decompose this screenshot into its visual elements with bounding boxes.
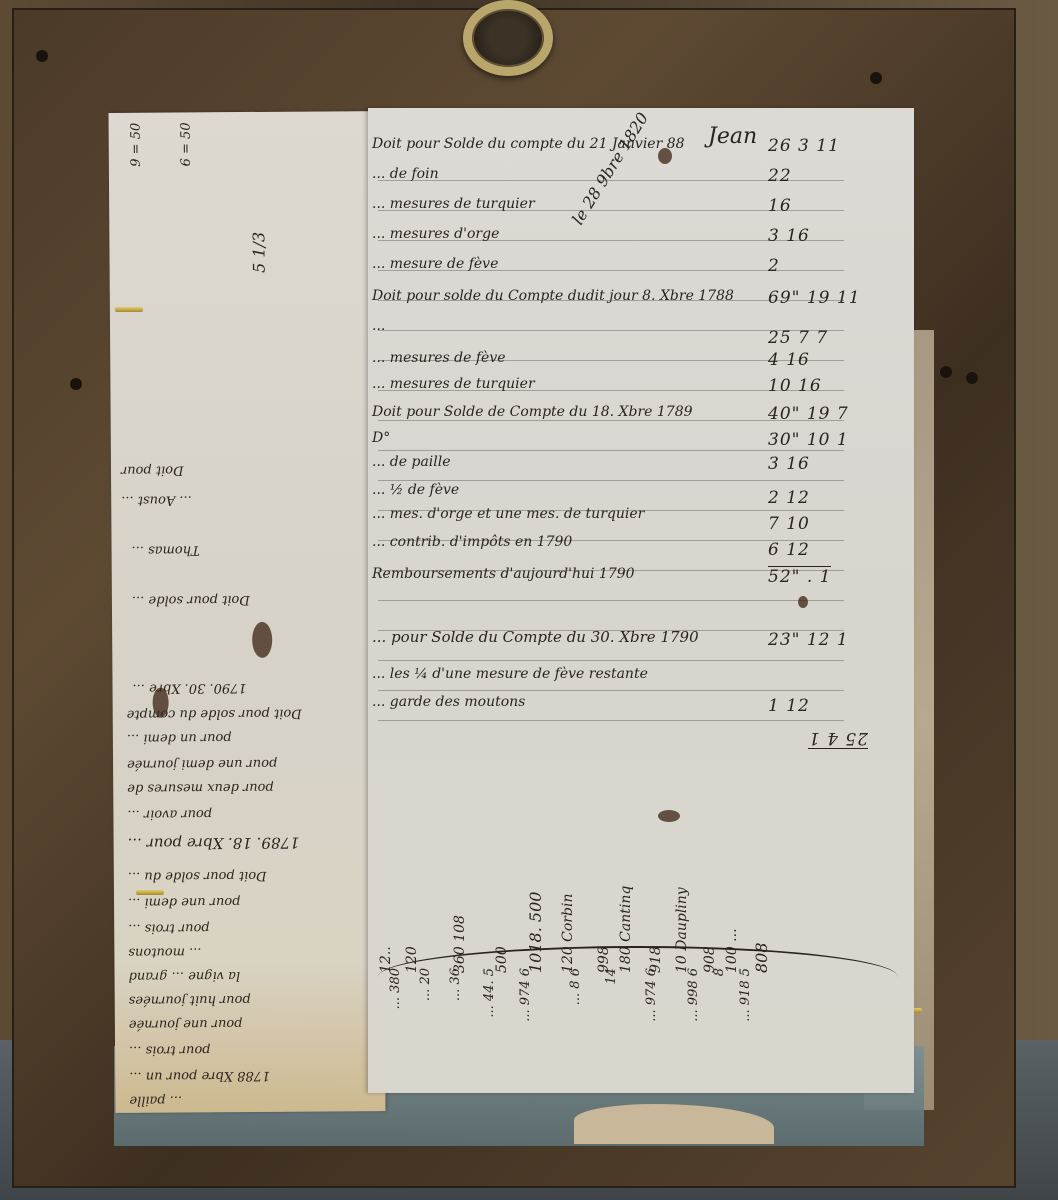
- ledger-entry: ... de paille: [372, 454, 451, 470]
- ink-blot: [658, 148, 672, 164]
- nail-hole: [966, 372, 978, 384]
- ink-blot: [252, 622, 272, 658]
- upside-down-line: ... paille: [129, 1092, 182, 1107]
- ledger-entry: ... mesures d'orge: [372, 226, 499, 242]
- ledger-entry: ... mesures de fève: [372, 350, 506, 366]
- upside-down-line: la vigne ... grand: [128, 968, 240, 984]
- hanging-ring-icon: [463, 0, 553, 76]
- ledger-amount: 23" 12 1: [768, 630, 849, 650]
- ledger-amount: 4 16: [768, 350, 810, 370]
- ledger-entry: ... de foin: [372, 166, 439, 182]
- upside-down-line: ... Aoust ...: [121, 492, 192, 507]
- nail-hole: [870, 72, 882, 84]
- ledger-amount: 2 12: [768, 488, 810, 508]
- ledger-entry: Remboursements d'aujourd'hui 1790: [372, 566, 635, 582]
- ledger-amount: 2: [768, 256, 780, 276]
- upside-down-line: pour une demi journée: [127, 756, 277, 772]
- ledger-subtotal: 52" . 1: [768, 566, 831, 587]
- vertical-calc: 12..: [378, 838, 394, 973]
- ink-blot: [153, 688, 169, 718]
- upside-down-line: pour une journée: [129, 1016, 243, 1032]
- brass-pin: [136, 890, 164, 895]
- ledger-entry: ... mesure de fève: [372, 256, 498, 272]
- ledger-entry: ... contrib. d'impôts en 1790: [372, 534, 572, 550]
- ledger-entry: Doit pour solde du Compte dudit jour 8. …: [372, 288, 734, 304]
- nail-hole: [940, 366, 952, 378]
- ledger-amount: 7 10: [768, 514, 810, 534]
- ledger-amount: 69" 19 11: [768, 288, 861, 308]
- vertical-calc: 100 ...: [724, 798, 740, 973]
- nail-hole: [70, 378, 82, 390]
- ledger-entry: ... pour Solde du Compte du 30. Xbre 179…: [372, 628, 699, 646]
- ledger-entry: Doit pour Solde du compte du 21 Janvier …: [372, 136, 685, 152]
- nail-hole: [36, 50, 48, 62]
- ledger-amount: 1 12: [768, 696, 810, 716]
- ledger-entry: ... ½ de fève: [372, 482, 459, 498]
- ledger-total: 25 4 1: [808, 728, 868, 749]
- ledger-amount: 10 16: [768, 376, 822, 396]
- ledger-entry: ...: [372, 318, 385, 334]
- left-ledger-sheet: 9 = 50 6 = 50 5 1/3 Doit pour ... Aoust …: [109, 111, 386, 1113]
- ledger-entry: ... garde des moutons: [372, 694, 525, 710]
- upside-down-line: 1789. 18. Xbre pour ...: [128, 834, 300, 853]
- upside-down-line: Thomas ...: [132, 542, 200, 557]
- ledger-amount: 3 16: [768, 226, 810, 246]
- ledger-amount: 25 7 7: [768, 328, 828, 348]
- ledger-amount: 40" 19 7: [768, 404, 849, 424]
- ledger-amount: 3 16: [768, 454, 810, 474]
- upside-down-line: pour huit journées: [129, 992, 251, 1008]
- upside-down-line: pour trois ...: [129, 1042, 211, 1058]
- main-ledger-sheet: Jean le 28 9bre 1820 Doit pour Solde du …: [368, 108, 914, 1093]
- lower-calc: 8: [712, 968, 727, 976]
- upside-down-line: Doit pour: [121, 462, 184, 477]
- upside-down-line: 1790. 30. Xbre ...: [132, 680, 246, 696]
- ledger-amount: 26 3 11: [768, 136, 840, 156]
- lower-calc: ... 918 5: [738, 968, 753, 1022]
- lower-calc: ... 974 6: [644, 968, 659, 1022]
- lower-calc: ... 974 6: [518, 968, 533, 1022]
- left-tally: 5 1/3: [249, 232, 268, 273]
- lower-calc: 14: [604, 968, 619, 985]
- ink-blot: [798, 596, 808, 608]
- ledger-entry: ... mes. d'orge et une mes. de turquier: [372, 506, 644, 522]
- upside-down-line: pour une demi ...: [128, 894, 241, 910]
- ledger-entry: ... mesures de turquier: [372, 196, 535, 212]
- ledger-entry: ... mesures de turquier: [372, 376, 535, 392]
- upside-down-line: pour trois ...: [128, 920, 210, 936]
- vertical-calc: 120: [404, 838, 420, 973]
- account-holder-name: Jean: [708, 124, 757, 149]
- lower-calc: ... 8 6: [568, 968, 583, 1005]
- ink-blot: [658, 810, 680, 822]
- ledger-entry: D°: [372, 430, 390, 446]
- upside-down-line: ... moutons: [128, 944, 201, 960]
- lower-calc: ... 998 6: [686, 968, 701, 1022]
- upside-down-line: Doit pour solde ...: [132, 592, 250, 608]
- left-top-number: 6 = 50: [179, 122, 194, 166]
- upside-down-line: pour un demi ...: [127, 730, 232, 746]
- left-top-number: 9 = 50: [129, 123, 144, 167]
- ledger-entry: Doit pour Solde de Compte du 18. Xbre 17…: [372, 404, 693, 420]
- ledger-amount: 16: [768, 196, 792, 216]
- ledger-amount: 30" 10 1: [768, 430, 849, 450]
- lower-calc: ... 380: [388, 968, 403, 1009]
- lower-calc: ... 20: [418, 968, 433, 1001]
- upside-down-line: pour deux mesures de: [127, 780, 274, 796]
- upside-down-line: 1788 Xbre pour un ...: [129, 1068, 270, 1084]
- ledger-entry: ... les ¼ d'une mesure de fève restante: [372, 666, 648, 682]
- ledger-amount: 6 12: [768, 540, 810, 560]
- brass-pin: [115, 307, 143, 312]
- upside-down-line: pour avoir ...: [127, 806, 212, 822]
- lower-calc: ... 36: [448, 968, 463, 1001]
- lower-calc: ... 44. 5: [482, 968, 497, 1018]
- ledger-amount: 22: [768, 166, 792, 186]
- upside-down-line: Doit pour solde du ...: [128, 868, 267, 884]
